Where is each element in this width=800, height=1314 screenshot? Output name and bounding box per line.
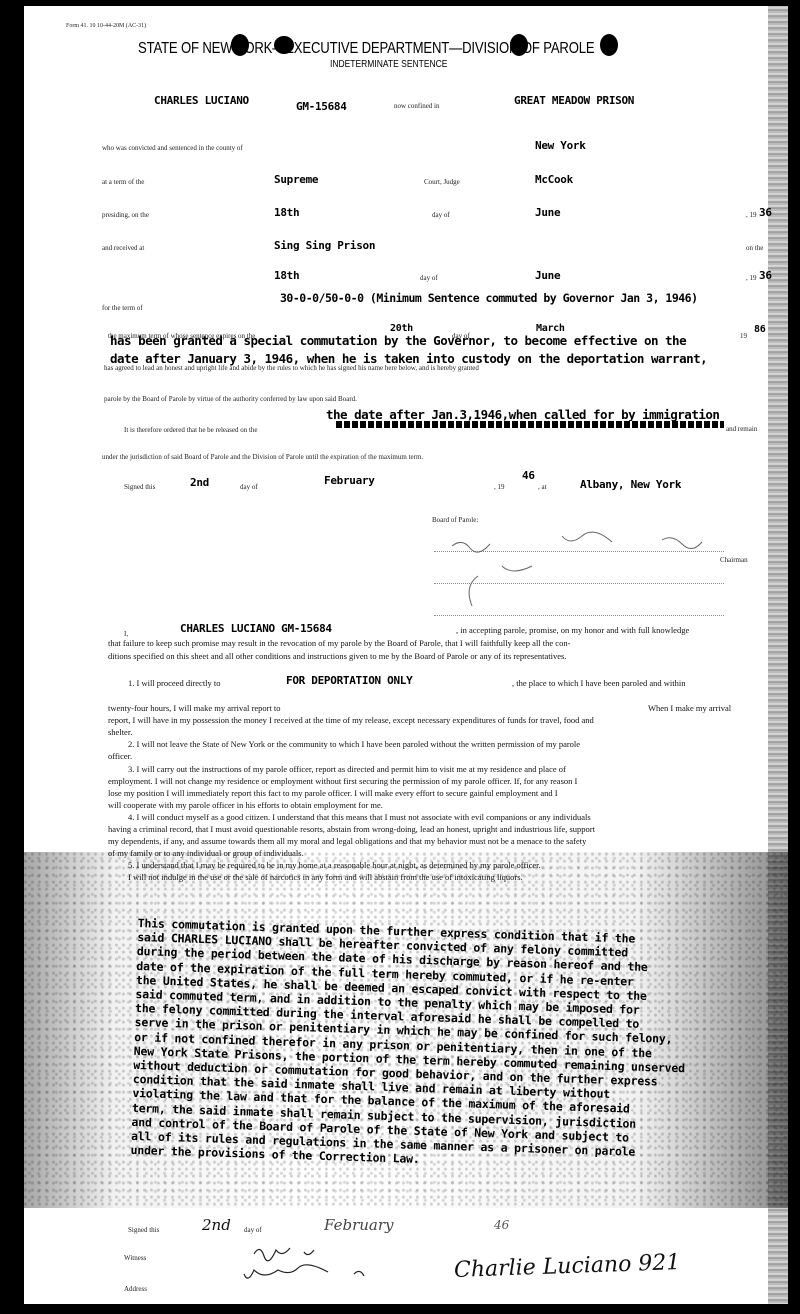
- condition-1-destination: FOR DEPORTATION ONLY: [286, 674, 412, 687]
- received-label: and received at: [102, 244, 144, 252]
- footer-day-of-label: day of: [244, 1226, 262, 1234]
- signed-year-label: , 19: [494, 483, 505, 491]
- release-continuation: under the jurisdiction of said Board of …: [102, 453, 423, 461]
- condition-3-line2: employment. I will not change my residen…: [108, 776, 577, 786]
- acceptance-name: CHARLES LUCIANO GM-15684: [180, 622, 332, 635]
- condition-1-line2: twenty-four hours, I will make my arriva…: [108, 703, 281, 713]
- struck-out-text: [336, 421, 724, 428]
- on-the-label: on the: [746, 244, 763, 252]
- punch-hole: [274, 36, 294, 54]
- parolee-signature: Charlie Luciano 921: [454, 1250, 681, 1283]
- condition-4-line4: of my family or to any individual or gro…: [108, 848, 304, 858]
- inmate-number: GM-15684: [296, 100, 347, 113]
- condition-5-line2: I will not indulge in the use or the sal…: [128, 872, 523, 882]
- court-value: Supreme: [274, 173, 318, 186]
- agreement-line1: has agreed to lead an honest and upright…: [104, 364, 479, 372]
- inmate-name: CHARLES LUCIANO: [154, 94, 249, 107]
- form-subtitle: INDETERMINATE SENTENCE: [330, 59, 447, 70]
- signed-day: 2nd: [190, 476, 209, 489]
- court-label: at a term of the: [102, 178, 144, 186]
- presiding-label: presiding, on the: [102, 211, 149, 219]
- sentence-year: 36: [759, 206, 772, 219]
- condition-5-line1: 5. I understand that I may be required t…: [128, 860, 541, 870]
- signed-place: Albany, New York: [580, 478, 681, 491]
- release-overtype: the date after Jan.3,1946,when called fo…: [326, 407, 719, 422]
- acceptance-line1: , in accepting parole, promise, on my ho…: [456, 625, 689, 635]
- witness-label: Witness: [124, 1254, 146, 1262]
- witness-signature-scribble: [234, 1234, 434, 1294]
- parole-form-page: Form 41. 10 10-44-20M (AC-31) STATE OF N…: [24, 6, 788, 1304]
- punch-hole: [231, 34, 249, 56]
- term-label: for the term of: [102, 304, 143, 312]
- signed-at-label: , at: [538, 483, 547, 491]
- signed-label: Signed this: [124, 483, 155, 491]
- condition-3-line3: lose my position I will immediately repo…: [108, 788, 558, 798]
- max-term-year: 86: [754, 324, 765, 335]
- sentence-day: 18th: [274, 206, 299, 219]
- release-end-label: and remain: [726, 425, 757, 433]
- now-confined-label: now confined in: [394, 102, 440, 110]
- commutation-rider: This commutation is granted upon the fur…: [130, 916, 689, 1175]
- footer-signed-label: Signed this: [128, 1226, 159, 1234]
- acceptance-line2: that failure to keep such promise may re…: [108, 638, 570, 648]
- board-signatures-faint: [442, 526, 742, 621]
- release-label: It is therefore ordered that he be relea…: [124, 426, 258, 434]
- acceptance-prefix: I,: [124, 630, 128, 638]
- footer-month-handwritten: February: [324, 1216, 394, 1234]
- county-label: who was convicted and sentenced in the c…: [102, 144, 243, 152]
- signed-month: February: [324, 474, 375, 487]
- condition-1-suffix: , the place to which I have been paroled…: [512, 678, 685, 688]
- form-number: Form 41. 10 10-44-20M (AC-31): [66, 23, 146, 29]
- condition-4-line1: 4. I will conduct myself as a good citiz…: [128, 812, 591, 822]
- condition-3-line1: 3. I will carry out the instructions of …: [128, 764, 566, 774]
- prison-name: GREAT MEADOW PRISON: [514, 94, 634, 107]
- condition-2-end: officer.: [108, 751, 132, 761]
- signed-year: 46: [522, 469, 535, 482]
- sentence-day-of-label: day of: [432, 211, 450, 219]
- received-year-label: , 19: [746, 274, 757, 282]
- condition-1-line3: report, I will have in my possession the…: [108, 715, 594, 725]
- address-label: Address: [124, 1285, 147, 1293]
- condition-4-line3: my dependents, if any, and assume toward…: [108, 836, 586, 846]
- footer-signed-day-handwritten: 2nd: [202, 1216, 231, 1234]
- footer-year-handwritten: 46: [494, 1218, 509, 1232]
- sentence-year-label: , 19: [746, 211, 757, 219]
- sentence-month: June: [535, 206, 560, 219]
- condition-1-line2-end: When I make my arrival: [648, 703, 731, 713]
- received-at-value: Sing Sing Prison: [274, 239, 375, 252]
- condition-3-line4: will cooperate with my parole officer in…: [108, 800, 383, 810]
- judge-value: McCook: [535, 173, 573, 186]
- board-label: Board of Parole:: [432, 516, 478, 524]
- county-value: New York: [535, 139, 586, 152]
- term-value: 30-0-0/50-0-0 (Minimum Sentence commuted…: [280, 291, 698, 305]
- condition-2: 2. I will not leave the State of New Yor…: [128, 739, 580, 749]
- received-day: 18th: [274, 269, 299, 282]
- punch-hole: [600, 34, 618, 56]
- signed-day-of-label: day of: [240, 483, 258, 491]
- condition-4-line2: having a criminal record, that I must av…: [108, 824, 595, 834]
- received-day-of-label: day of: [420, 274, 438, 282]
- max-term-year-label: 19: [740, 332, 747, 340]
- condition-1-line4: shelter.: [108, 727, 132, 737]
- punch-hole: [510, 34, 528, 56]
- agreement-line2: parole by the Board of Parole by virtue …: [104, 395, 357, 403]
- acceptance-line3: ditions specified on this sheet and all …: [108, 651, 566, 661]
- condition-1-prefix: 1. I will proceed directly to: [128, 678, 221, 688]
- judge-label: Court, Judge: [424, 178, 460, 186]
- received-year: 36: [759, 269, 772, 282]
- commutation-overtype-line1: has been granted a special commutation b…: [110, 333, 686, 348]
- received-month: June: [535, 269, 560, 282]
